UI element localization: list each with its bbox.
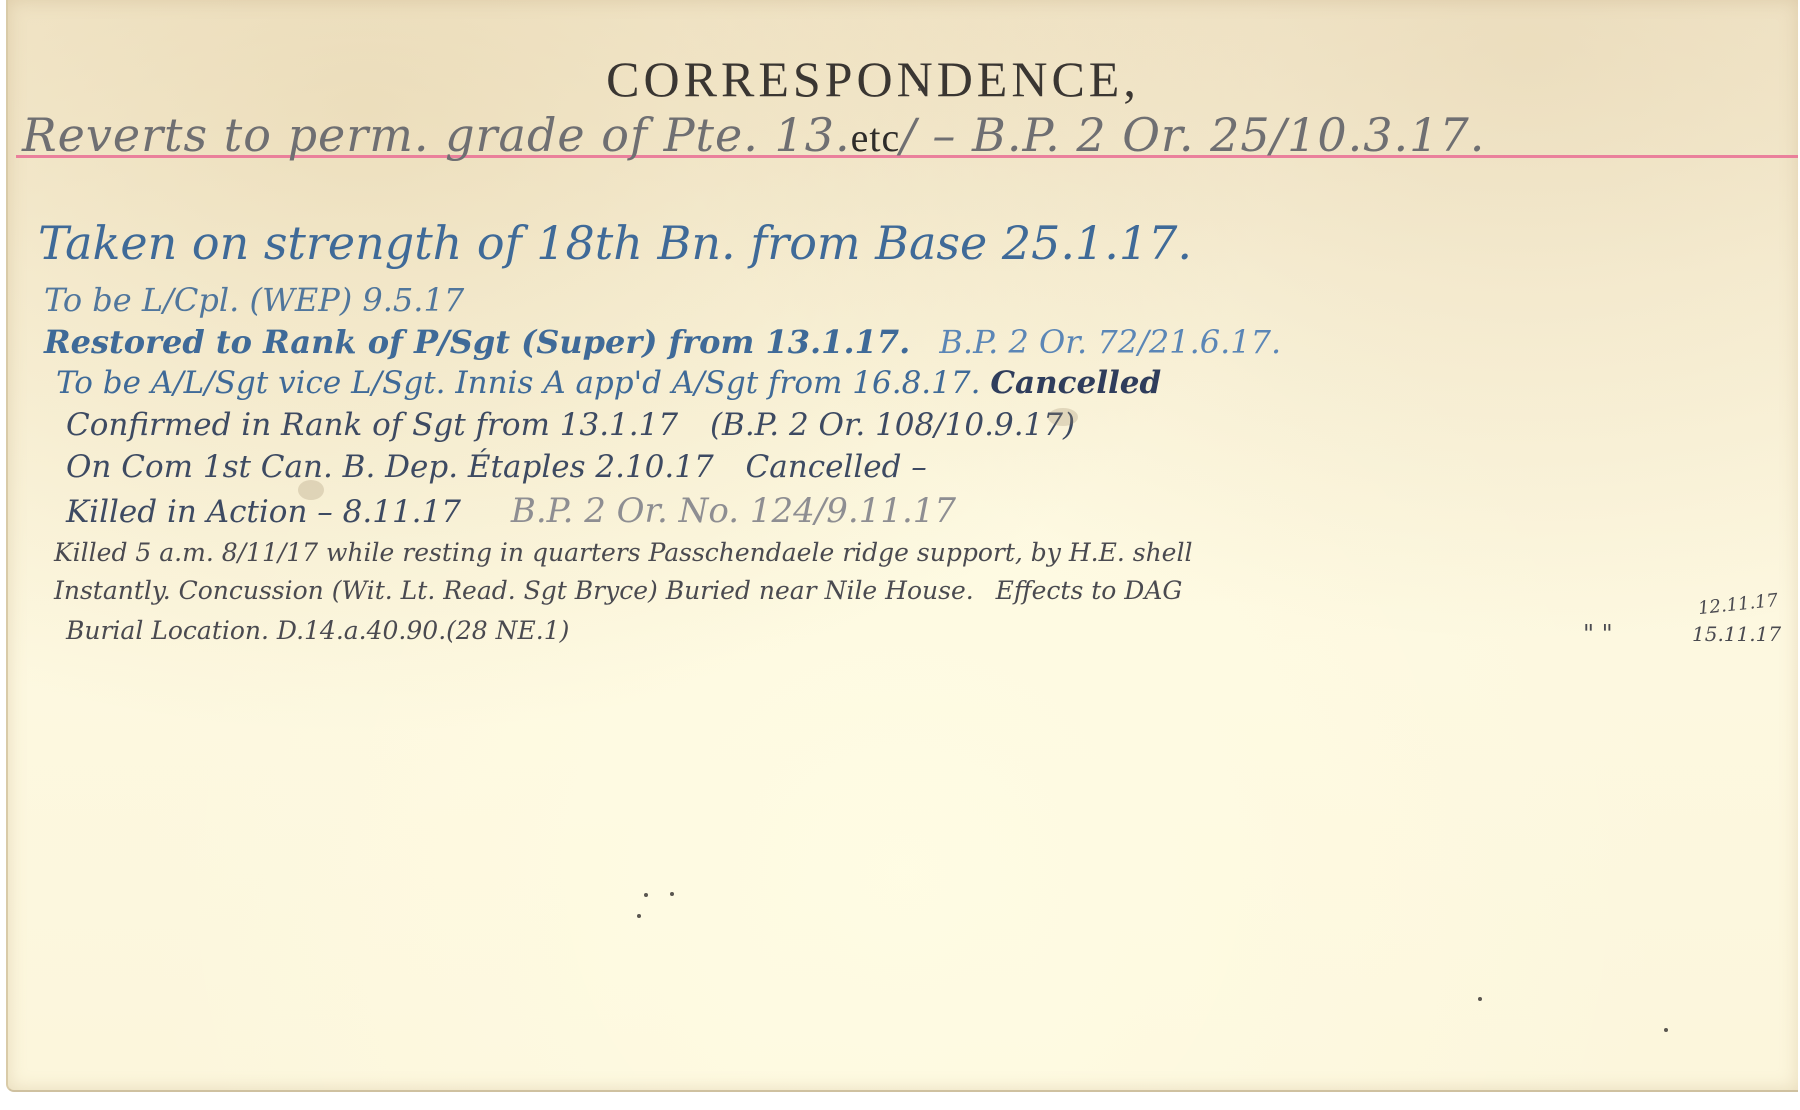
paper-speck: [1664, 1028, 1668, 1032]
entry-reverts: Reverts to perm. grade of Pte. 13.etc/ –…: [22, 112, 1485, 158]
entry-killed-detail: Killed 5 a.m. 8/11/17 while resting in q…: [54, 540, 1192, 565]
paper-stain: [1048, 408, 1078, 426]
burial-ditto-marks-text: " ": [1583, 620, 1613, 648]
entry-effects-to-dag: Effects to DAG: [996, 576, 1183, 605]
entry-restored-rank: Restored to Rank of P/Sgt (Super) from 1…: [44, 326, 1281, 358]
paper-stain: [298, 480, 324, 500]
entry-confirmed-rank-text: Confirmed in Rank of Sgt from 13.1.17: [66, 407, 678, 443]
entry-to-be-lcpl: To be L/Cpl. (WEP) 9.5.17: [44, 284, 464, 316]
entry-taken-on-strength-text: Taken on strength of 18th Bn. from Base …: [38, 216, 1192, 270]
entry-burial-location-text: Burial Location. D.14.a.40.90.(28 NE.1): [66, 616, 569, 645]
burial-date-note: 15.11.17: [1692, 624, 1781, 644]
entry-restored-rank-text: Restored to Rank of P/Sgt (Super) from 1…: [44, 323, 910, 361]
effects-date-note-text: 12.11.17: [1697, 590, 1779, 619]
entry-on-com-text: On Com 1st Can. B. Dep. Étaples 2.10.17: [66, 449, 714, 485]
entry-killed-in-action-text: Killed in Action – 8.11.17: [66, 494, 461, 530]
entry-killed-in-action: Killed in Action – 8.11.17 B.P. 2 Or. No…: [66, 494, 956, 528]
paper-speck: [644, 893, 648, 897]
entry-burial-location: Burial Location. D.14.a.40.90.(28 NE.1): [66, 618, 569, 643]
entry-killed-in-action-ref: B.P. 2 Or. No. 124/9.11.17: [511, 491, 956, 531]
entry-killed-detail-text: Killed 5 a.m. 8/11/17 while resting in q…: [54, 538, 1192, 567]
printed-etc: etc: [851, 115, 901, 160]
entry-reverts-text: Reverts to perm. grade of Pte. 13.: [22, 108, 851, 162]
entry-restored-rank-ref: B.P. 2 Or. 72/21.6.17.: [939, 323, 1281, 361]
entry-to-be-alsgt-text: To be A/L/Sgt vice L/Sgt. Innis A app'd …: [56, 365, 980, 401]
entry-taken-on-strength: Taken on strength of 18th Bn. from Base …: [38, 220, 1192, 266]
paper-speck: [670, 892, 674, 896]
entry-instantly: Instantly. Concussion (Wit. Lt. Read. Sg…: [54, 578, 1182, 603]
effects-date-note: 12.11.17: [1697, 592, 1779, 618]
paper-speck: [637, 914, 641, 918]
entry-on-com-cancelled: Cancelled –: [746, 449, 927, 485]
entry-to-be-lcpl-text: To be L/Cpl. (WEP) 9.5.17: [44, 281, 464, 319]
entry-instantly-text: Instantly. Concussion (Wit. Lt. Read. Sg…: [54, 576, 974, 605]
burial-ditto-marks: " ": [1583, 622, 1613, 646]
paper-speck: [918, 88, 921, 91]
entry-to-be-alsgt: To be A/L/Sgt vice L/Sgt. Innis A app'd …: [56, 368, 1161, 399]
paper-speck: [1478, 997, 1482, 1001]
entry-confirmed-rank: Confirmed in Rank of Sgt from 13.1.17 (B…: [66, 410, 1075, 441]
entry-on-com: On Com 1st Can. B. Dep. Étaples 2.10.17 …: [66, 452, 927, 483]
burial-date-note-text: 15.11.17: [1692, 622, 1781, 646]
entry-confirmed-rank-ref: (B.P. 2 Or. 108/10.9.17): [710, 407, 1075, 443]
card-heading: CORRESPONDENCE,: [0, 50, 1768, 108]
entry-to-be-alsgt-cancelled: Cancelled: [990, 365, 1161, 401]
entry-reverts-ref: / – B.P. 2 Or. 25/10.3.17.: [900, 108, 1485, 162]
record-card: CORRESPONDENCE, Reverts to perm. grade o…: [6, 0, 1798, 1092]
